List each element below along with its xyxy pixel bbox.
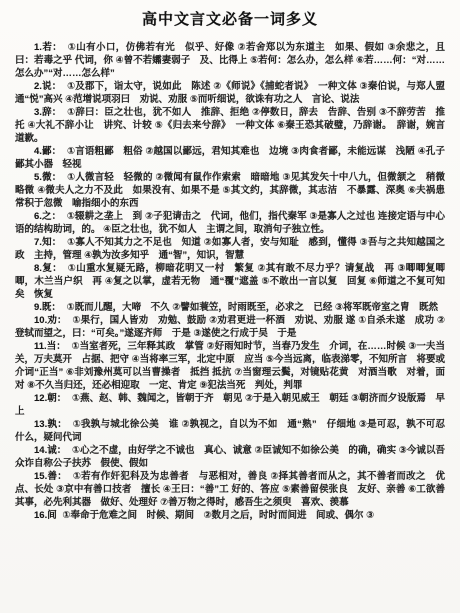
entry-word-label: 1.若： [34,42,62,53]
entry-word-label: 8.复： [34,263,62,274]
entry-wei: 5.微：①人微言轻 轻微的 ②微闻有鼠作作索索 暗暗地 ③见其发矢十中八九，但微… [15,171,445,210]
entry-word-label: 15.善： [34,471,67,482]
entry-shan: 15.善：①若有作奸犯科及为忠善者 与恶相对，善良 ②择其善者而从之，其不善者而… [15,470,445,509]
entry-text: ①奉命于危难之间 时候、期间 ②数月之后，时时而间进 间或、偶尔 ③ [62,510,374,521]
entry-text: ①山重水复疑无路，柳暗花明又一村 繁复 ②其有敢不尽力乎？请复战 再 ③唧唧复唧… [15,263,445,300]
entry-word-label: 5.微： [34,172,61,183]
entry-word-label: 7.知： [34,237,61,248]
entry-text: ①当室者死，三年释其政 掌管 ②好雨知时节，当春乃发生 介词，在……时候 ③一夫… [15,341,445,391]
entry-word-label: 4.鄙： [34,146,61,157]
entry-word-label: 6.之： [34,211,61,222]
entry-zhi2: 7.知：①寡人不知其力之不足也 知道 ②如寡人者，安与知耻 感到，懂得 ③吾与之… [15,236,445,262]
entry-dang: 11.当：①当室者死，三年释其政 掌管 ②好雨知时节，当春乃发生 介词，在……时… [15,340,445,392]
document-body: 1.若：①山有小口，仿佛若有光 似乎、好像 ②若舍郑以为东道主 如果、假如 ③余… [15,41,445,522]
entry-chao: 12.朝：①燕、赵、韩、魏闻之，皆朝于齐 朝见 ②于是入朝见威王 朝廷 ③朝济而… [15,392,445,418]
entry-text: ①山有小口，仿佛若有光 似乎、好像 ②若舍郑以为东道主 如果、假如 ③余悲之，且… [15,42,445,79]
entry-word-label: 11.当： [34,341,66,352]
entry-zhi: 6.之：①辍耕之垄上 到 ②子犯请击之 代词，他们，指代秦军 ③是寡人之过也 连… [15,210,445,236]
entry-text: ①燕、赵、韩、魏闻之，皆朝于齐 朝见 ②于是入朝见威王 朝廷 ③朝济而夕设版焉 … [15,393,445,417]
entry-word-label: 10.劝： [34,315,67,326]
entry-word-label: 13.孰： [34,419,67,430]
page-title: 高中文言文必备一词多义 [15,8,445,29]
entry-text: ①若有作奸犯科及为忠善者 与恶相对，善良 ②择其善者而从之，其不善者而改之 优点… [15,471,445,508]
entry-text: ①人微言轻 轻微的 ②微闻有鼠作作索索 暗暗地 ③见其发矢十中八九，但微颔之 稍… [15,172,445,209]
entry-ci: 3.辞：①辞曰：臣之壮也，犹不如人 推辞、拒绝 ②停数日，辞去 告辞、告别 ③不… [15,106,445,145]
entry-fu: 8.复：①山重水复疑无路，柳暗花明又一村 繁复 ②其有敢不尽力乎？请复战 再 ③… [15,262,445,301]
entry-text: ①心之不虚，由好学之不诚也 真心、诚意 ②臣诚知不如徐公美 的确，确实 ③今诚以… [15,445,445,469]
entry-text: ①寡人不知其力之不足也 知道 ②如寡人者，安与知耻 感到，懂得 ③吾与之共知越国… [15,237,445,261]
entry-ruo: 1.若：①山有小口，仿佛若有光 似乎、好像 ②若舍郑以为东道主 如果、假如 ③余… [15,41,445,80]
entry-text: ①辍耕之垄上 到 ②子犯请击之 代词，他们，指代秦军 ③是寡人之过也 连接定语与… [15,211,445,235]
entry-text: ①我孰与城北徐公美 谁 ②孰视之，自以为不如 通“熟” 仔细地 ③是可忍，孰不可… [15,419,455,443]
entry-jian: 16.间①奉命于危难之间 时候、期间 ②数月之后，时时而间进 间或、偶尔 ③ [15,509,445,522]
entry-word-label: 14.诚： [34,445,66,456]
entry-word-label: 9.既： [34,302,61,313]
entry-shu: 13.孰：①我孰与城北徐公美 谁 ②孰视之，自以为不如 通“熟” 仔细地 ③是可… [15,418,445,444]
entry-quan: 10.劝：①果行，国人皆劝 劝勉、鼓励 ②劝君更进一杯酒 劝说、劝服 遂 ①自杀… [15,314,445,340]
entry-word-label: 2.说： [34,81,61,92]
entry-word-label: 12.朝： [34,393,66,404]
entry-text: ①言语粗鄙 粗俗 ②越国以鄙远，君知其难也 边境 ③肉食者鄙，未能远谋 浅陋 ④… [15,146,445,170]
entry-word-label: 3.辞： [34,107,61,118]
entry-bi: 4.鄙：①言语粗鄙 粗俗 ②越国以鄙远，君知其难也 边境 ③肉食者鄙，未能远谋 … [15,145,445,171]
entry-text: ①果行，国人皆劝 劝勉、鼓励 ②劝君更进一杯酒 劝说、劝服 遂 ①自杀未遂 成功… [15,315,445,339]
entry-text: ①既而儿醒，大啼 不久 ②譬如蓑笠，时雨既至，必求之 已经 ③将军既帝室之胄 既… [67,302,438,313]
entry-text: ①及郡下，诣太守，说如此 陈述 ②《师说》《捕蛇者说》 一种文体 ③秦伯说，与郑… [15,81,455,105]
entry-ji: 9.既：①既而儿醒，大啼 不久 ②譬如蓑笠，时雨既至，必求之 已经 ③将军既帝室… [15,301,445,314]
entry-text: ①辞曰：臣之壮也，犹不如人 推辞、拒绝 ②停数日，辞去 告辞、告别 ③不辞劳苦 … [15,107,445,144]
entry-cheng: 14.诚：①心之不虚，由好学之不诚也 真心、诚意 ②臣诚知不如徐公美 的确，确实… [15,444,445,470]
entry-word-label: 16.间 [34,510,57,521]
entry-shuo: 2.说：①及郡下，诣太守，说如此 陈述 ②《师说》《捕蛇者说》 一种文体 ③秦伯… [15,80,445,106]
document-page: 高中文言文必备一词多义 1.若：①山有小口，仿佛若有光 似乎、好像 ②若舍郑以为… [0,0,460,613]
